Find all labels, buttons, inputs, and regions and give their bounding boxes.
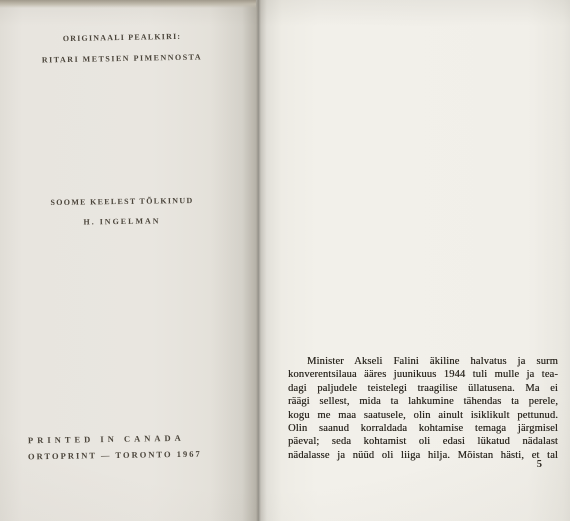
body-paragraph: Minister Akseli Falini äkiline halvatus … <box>288 355 558 462</box>
paragraph-line: päeval; seda kohtamist oli edasi lükatud… <box>288 435 558 448</box>
paragraph-line: kogu me maa saatusele, olin ainult isikl… <box>288 409 558 422</box>
left-page: ORIGINAALI PEALKIRI: RITARI METSIEN PIME… <box>0 0 258 521</box>
paragraph-line: räägi sellest, mida ta lahkumine tähenda… <box>288 395 558 408</box>
translation-credit: SOOME KEELEST TÕLKINUD <box>0 195 244 207</box>
imprint-printed-in: PRINTED IN CANADA <box>28 433 185 445</box>
original-title-label: ORIGINAALI PEALKIRI: <box>0 31 244 45</box>
paragraph-line: dagi paljudele teistelegi traagilise üll… <box>288 382 558 395</box>
imprint-publisher: ORTOPRINT — TORONTO 1967 <box>28 449 202 462</box>
page-number: 5 <box>288 459 542 470</box>
open-book-spread: ORIGINAALI PEALKIRI: RITARI METSIEN PIME… <box>0 0 570 521</box>
page-top-edge <box>0 0 256 8</box>
translator-name: H. INGELMAN <box>0 215 244 227</box>
original-title: RITARI METSIEN PIMENNOSTA <box>0 52 244 66</box>
right-page: Minister Akseli Falini äkiline halvatus … <box>258 0 570 521</box>
paragraph-line: Minister Akseli Falini äkiline halvatus … <box>288 355 558 368</box>
paragraph-line: konverentsilaua ääres juunikuus 1944 tul… <box>288 368 558 381</box>
paragraph-line: Olin saanud korraldada kohtamise temaga … <box>288 422 558 435</box>
